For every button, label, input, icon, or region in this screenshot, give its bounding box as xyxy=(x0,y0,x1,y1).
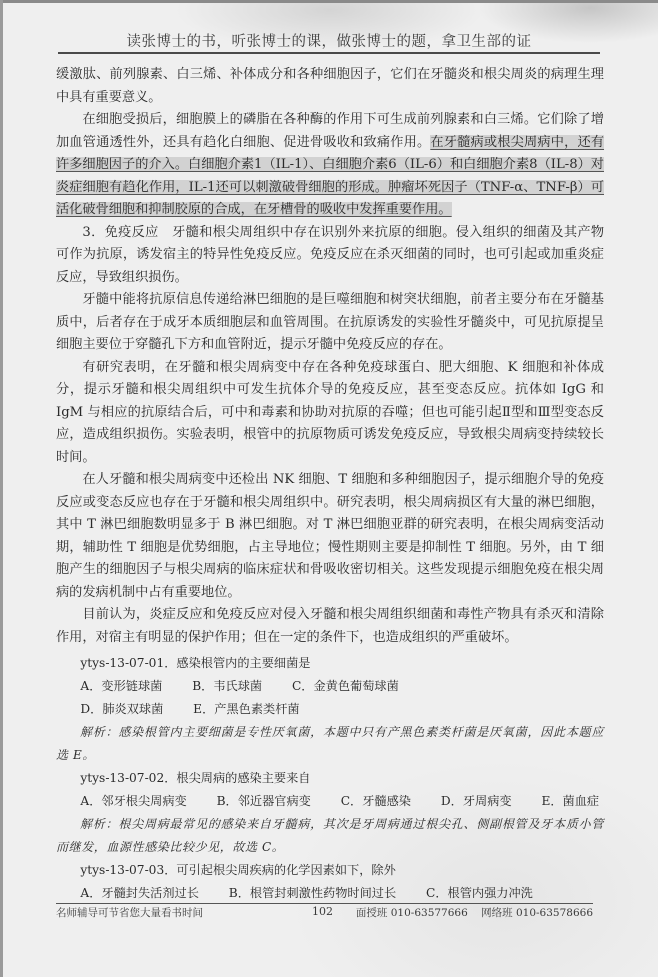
paragraph-antigen-presenting: 牙髓中能将抗原信息传递给淋巴细胞的是巨噬细胞和树突状细胞，前者主要分布在牙髓基质… xyxy=(56,289,604,357)
header-rule xyxy=(58,52,600,54)
question-options: A．变形链球菌 B．韦氏球菌 C．金黄色葡萄球菌 xyxy=(56,675,604,698)
question-3: ytys-13-07-03．可引起根尖周疾病的化学因素如下，除外 A．牙髓封失活… xyxy=(56,859,604,905)
page-left-edge xyxy=(0,0,3,977)
page-number: 102 xyxy=(312,905,333,918)
question-analysis: 解析：根尖周病最常见的感染来自牙髓病，其次是牙周病通过根尖孔、侧副根管及牙本质小… xyxy=(56,813,604,859)
paragraph-immune-response: 3．免疫反应 牙髓和根尖周组织中存在识别外来抗原的细胞。侵入组织的细菌及其产物可… xyxy=(56,222,604,290)
paragraph-conclusion: 目前认为，炎症反应和免疫反应对侵入牙髓和根尖周组织细菌和毒性产物具有杀灭和清除作… xyxy=(56,604,604,649)
page-top-edge xyxy=(0,0,658,3)
option-b: B．邻近器官病变 xyxy=(217,790,311,813)
footer-contacts: 面授班 010-63577666 网络班 010-63578666 xyxy=(346,905,593,920)
question-analysis: 解析：感染根管内主要细菌是专性厌氧菌，本题中只有产黑色素类杆菌是厌氧菌，因此本题… xyxy=(56,721,604,767)
footer-rule xyxy=(56,903,593,904)
option-c: C．金黄色葡萄球菌 xyxy=(292,675,399,698)
question-options: D．肺炎双球菌 E．产黑色素类杆菌 xyxy=(56,698,604,721)
onsite-class-phone: 面授班 010-63577666 xyxy=(356,907,468,919)
option-a: A．牙髓封失活剂过长 xyxy=(80,882,199,905)
section-heading: 3．免疫反应 xyxy=(82,225,158,240)
question-2: ytys-13-07-02．根尖周病的感染主要来自 A．邻牙根尖周病变 B．邻近… xyxy=(56,767,604,859)
question-options: A．牙髓封失活剂过长 B．根管封刺激性药物时间过长 C．根管内强力冲洗 xyxy=(56,882,604,905)
question-stem: ytys-13-07-02．根尖周病的感染主要来自 xyxy=(56,767,604,790)
option-e: E．产黑色素类杆菌 xyxy=(193,698,299,721)
paragraph-continuation: 缓激肽、前列腺素、白三烯、补体成分和各种细胞因子，它们在牙髓炎和根尖周炎的病理生… xyxy=(56,64,604,109)
option-d: D．牙周病变 xyxy=(441,790,512,813)
running-header: 读张博士的书，听张博士的课，做张博士的题，拿卫生部的证 xyxy=(58,30,600,51)
option-c: C．根管内强力冲洗 xyxy=(426,882,533,905)
document-page: 读张博士的书，听张博士的课，做张博士的题，拿卫生部的证 缓激肽、前列腺素、白三烯… xyxy=(0,0,658,977)
question-options: A．邻牙根尖周病变 B．邻近器官病变 C．牙髓感染 D．牙周病变 E．菌血症 xyxy=(56,790,604,813)
option-b: B．韦氏球菌 xyxy=(192,675,262,698)
option-d: D．肺炎双球菌 xyxy=(80,698,163,721)
question-stem: ytys-13-07-03．可引起根尖周疾病的化学因素如下，除外 xyxy=(56,859,604,882)
question-stem: ytys-13-07-01．感染根管内的主要细菌是 xyxy=(56,652,604,675)
online-class-phone: 网络班 010-63578666 xyxy=(481,907,593,919)
option-b: B．根管封刺激性药物时间过长 xyxy=(229,882,396,905)
footer-tagline: 名师辅导可节省您大量看书时间 xyxy=(56,905,203,920)
option-c: C．牙髓感染 xyxy=(341,790,411,813)
paragraph-cytokines: 在细胞受损后，细胞膜上的磷脂在各种酶的作用下可生成前列腺素和白三烯。它们除了增加… xyxy=(56,109,604,222)
paragraph-cellular-immunity: 在人牙髓和根尖周病变中还检出 NK 细胞、T 细胞和多种细胞因子，提示细胞介导的… xyxy=(56,469,604,604)
option-e: E．菌血症 xyxy=(541,790,599,813)
option-a: A．变形链球菌 xyxy=(80,675,162,698)
paragraph-antibody: 有研究表明，在牙髓和根尖周病变中存在各种免疫球蛋白、肥大细胞、K 细胞和补体成分… xyxy=(56,357,604,470)
main-body: 缓激肽、前列腺素、白三烯、补体成分和各种细胞因子，它们在牙髓炎和根尖周炎的病理生… xyxy=(56,64,604,905)
option-a: A．邻牙根尖周病变 xyxy=(80,790,186,813)
question-1: ytys-13-07-01．感染根管内的主要细菌是 A．变形链球菌 B．韦氏球菌… xyxy=(56,652,604,767)
